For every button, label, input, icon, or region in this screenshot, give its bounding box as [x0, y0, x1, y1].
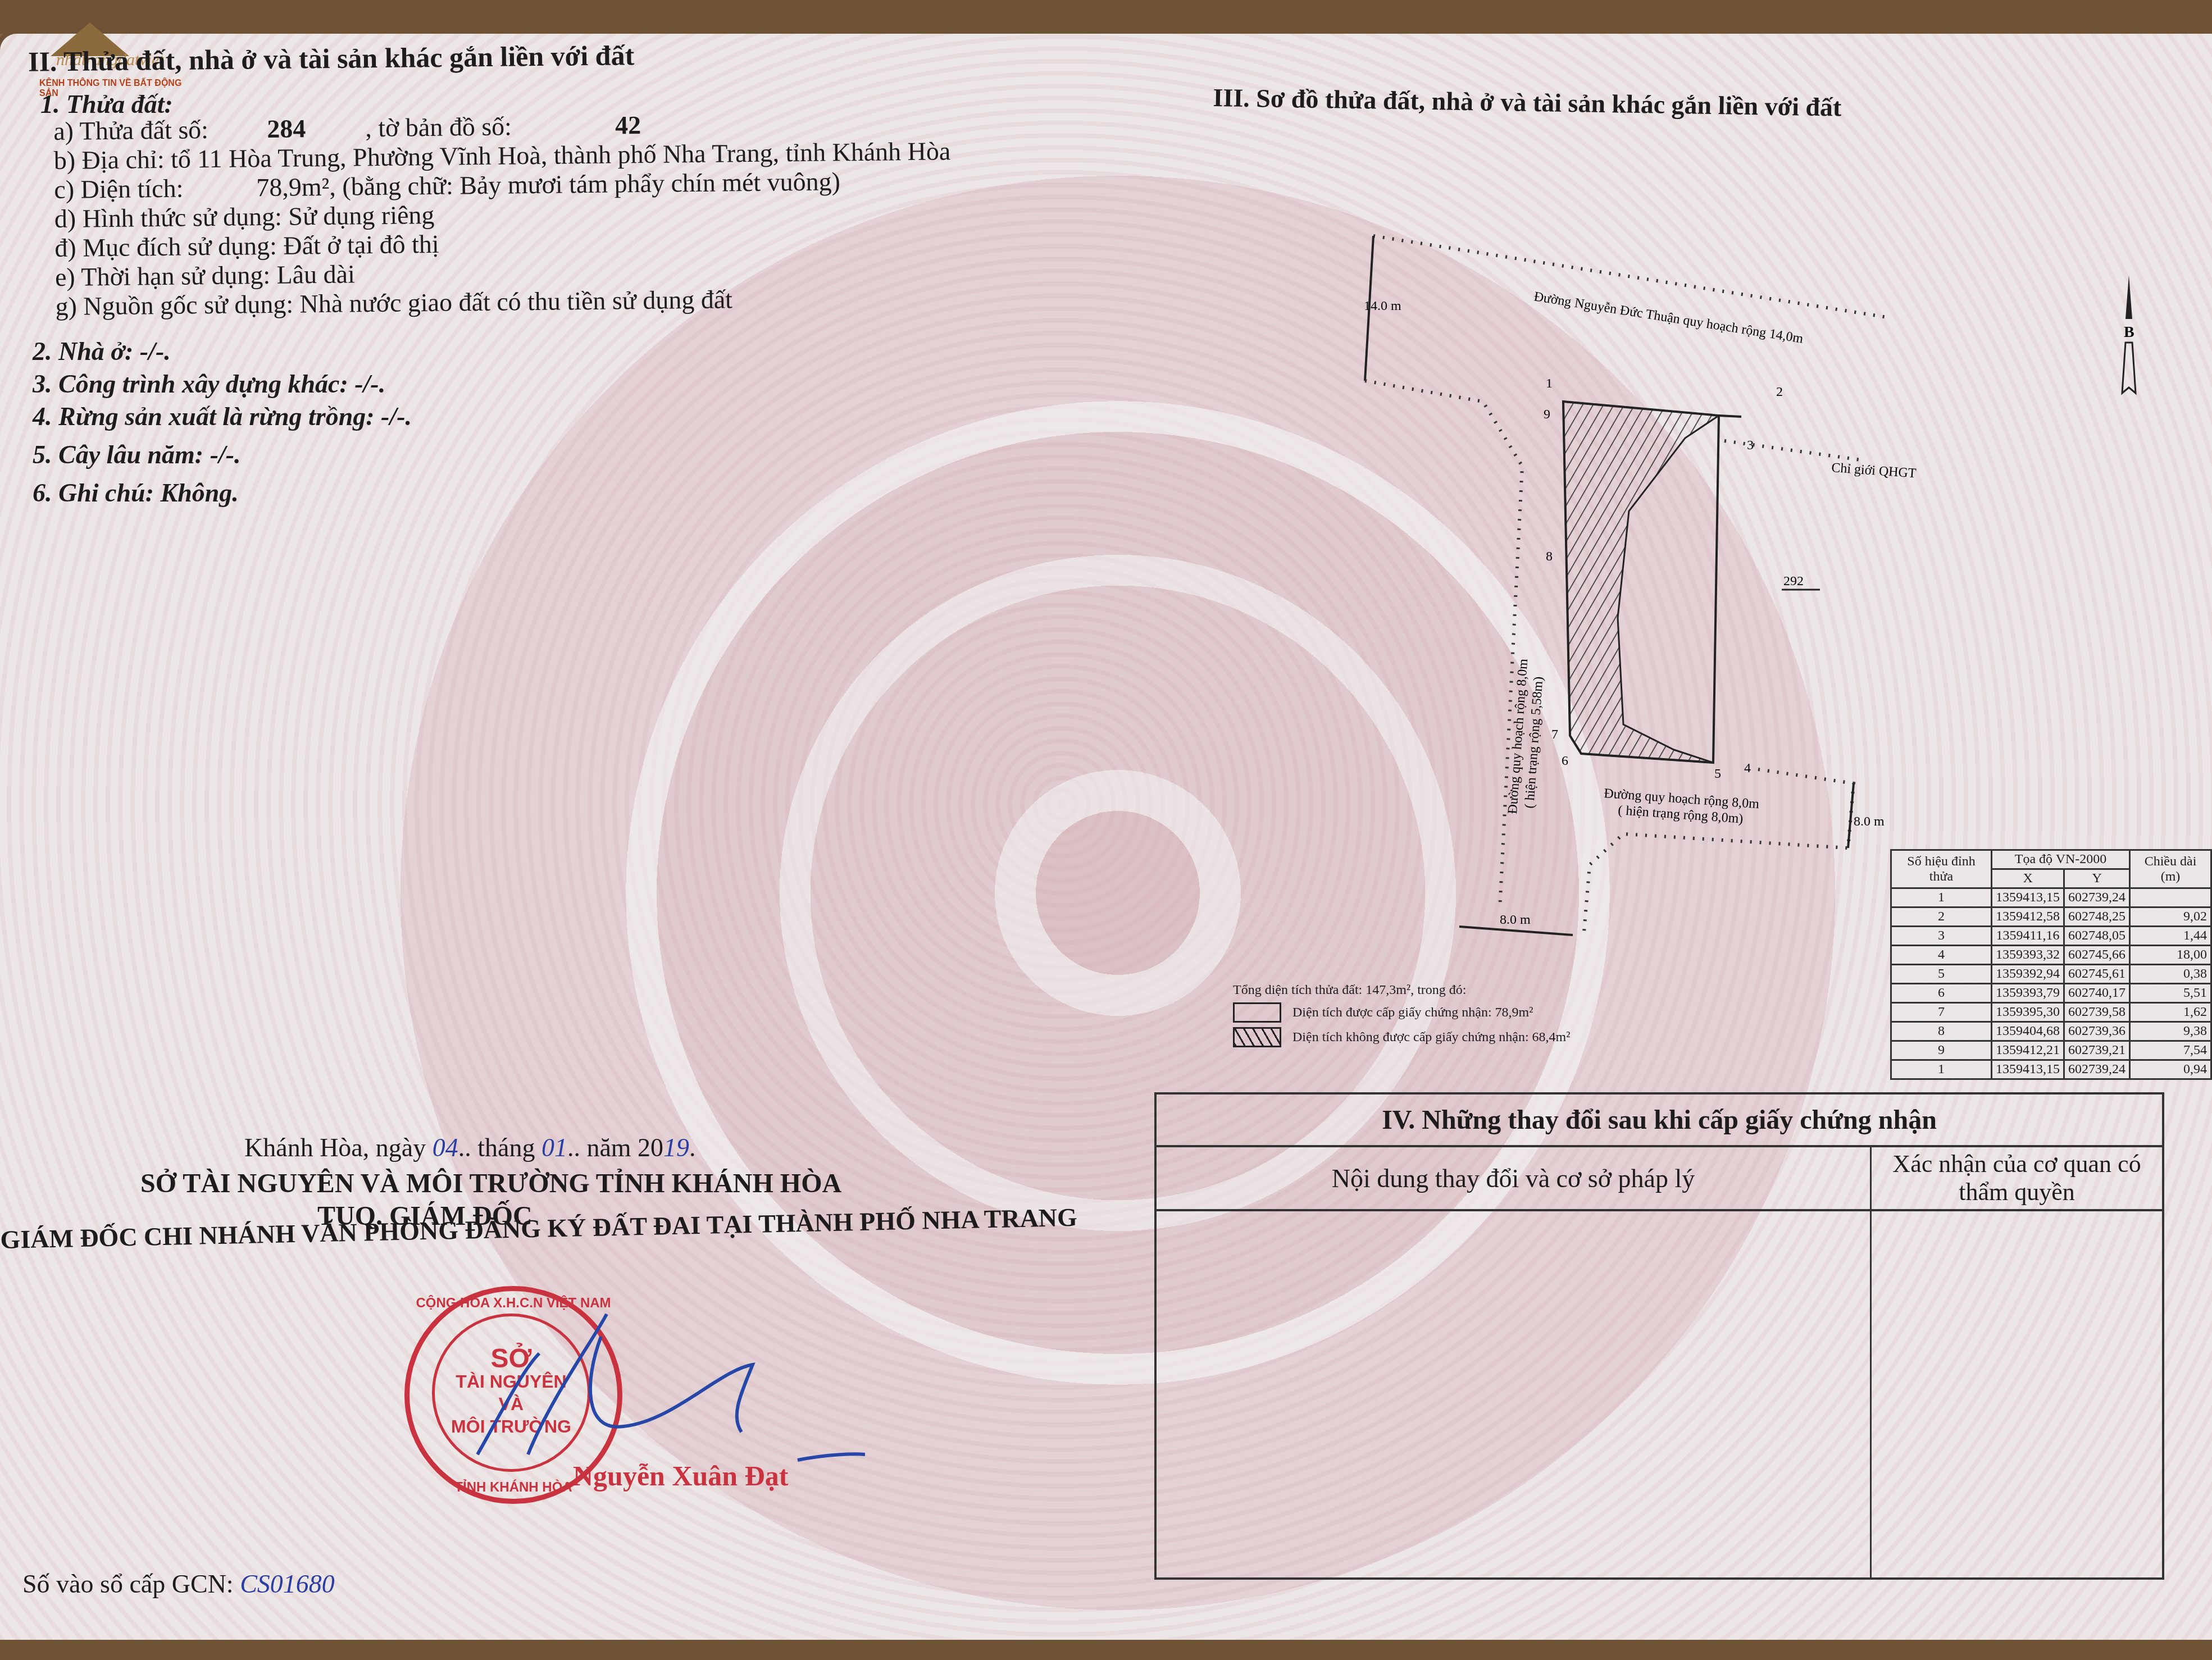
header-vertex: Số hiệu đỉnh thửa	[1891, 850, 1992, 888]
legend-certified: Diện tích được cấp giấy chứng nhận: 78,9…	[1292, 1005, 1533, 1020]
table-row: 71359395,30602739,581,62	[1891, 1003, 2211, 1022]
cell-x: 1359413,15	[1992, 888, 2064, 907]
issue-month: 01	[541, 1133, 567, 1162]
cell-id: 1	[1891, 1060, 1992, 1079]
parcel-number-label: a) Thửa đất số:	[53, 115, 208, 145]
gcn-register: Số vào sổ cấp GCN: CS01680	[22, 1570, 335, 1599]
vertex-8: 8	[1546, 549, 1553, 564]
cell-x: 1359392,94	[1992, 965, 2064, 984]
vertex-5: 5	[1714, 767, 1721, 781]
table-row: 11359413,15602739,24	[1891, 888, 2211, 907]
vertex-7: 7	[1551, 727, 1558, 742]
cell-x: 1359412,58	[1992, 907, 2064, 927]
date-prefix: Khánh Hòa, ngày	[244, 1133, 426, 1162]
cell-y: 602739,58	[2064, 1003, 2130, 1022]
north-arrow-icon: B	[2122, 275, 2136, 393]
cell-len: 9,38	[2130, 1022, 2211, 1041]
cell-y: 602748,25	[2064, 907, 2130, 927]
land-parcel-heading: 1. Thửa đất:	[40, 90, 173, 119]
table-row: 91359412,21602739,217,54	[1891, 1041, 2211, 1060]
top-road-label: Đường Nguyễn Đức Thuận quy hoạch rộng 14…	[1533, 289, 1804, 346]
cell-id: 3	[1891, 927, 1992, 946]
header-length: Chiều dài (m)	[2130, 850, 2211, 888]
cell-len: 7,54	[2130, 1041, 2211, 1060]
coordinate-table: Số hiệu đỉnh thửa Tọa độ VN-2000 Chiều d…	[1890, 849, 2212, 1080]
parcel-number: 284	[267, 114, 306, 144]
vertex-3: 3	[1747, 438, 1754, 453]
cell-y: 602748,05	[2064, 927, 2130, 946]
table-row: 21359412,58602748,259,02	[1891, 907, 2211, 927]
map-sheet-number: 42	[615, 111, 641, 140]
changes-content-header: Nội dung thay đổi và cơ sở pháp lý	[1157, 1147, 1872, 1209]
cell-id: 8	[1891, 1022, 1992, 1041]
cell-x: 1359393,79	[1992, 984, 2064, 1003]
cell-len: 0,94	[2130, 1060, 2211, 1079]
cell-x: 1359404,68	[1992, 1022, 2064, 1041]
section4-title: IV. Những thay đổi sau khi cấp giấy chứn…	[1157, 1094, 2162, 1147]
table-row: 11359413,15602739,240,94	[1891, 1060, 2211, 1079]
area-label: c) Diện tích:	[54, 174, 183, 204]
table-row: 41359393,32602745,6618,00	[1891, 946, 2211, 965]
cell-len: 1,62	[2130, 1003, 2211, 1022]
house-item: 2. Nhà ở: -/-.	[33, 337, 412, 370]
cell-x: 1359413,15	[1992, 1060, 2064, 1079]
cell-id: 2	[1891, 907, 1992, 927]
other-construction-item: 3. Công trình xây dựng khác: -/-.	[33, 370, 412, 402]
other-assets: 2. Nhà ở: -/-. 3. Công trình xây dựng kh…	[33, 337, 412, 508]
top-road-width: 14.0 m	[1364, 299, 1401, 313]
table-row: 81359404,68602739,369,38	[1891, 1022, 2211, 1041]
cell-y: 602739,36	[2064, 1022, 2130, 1041]
bottom-road-width: 8.0 m	[1854, 814, 1885, 829]
vertex-1: 1	[1546, 376, 1553, 391]
header-coordinates: Tọa độ VN-2000	[1992, 850, 2130, 869]
table-row: 51359392,94602745,610,38	[1891, 965, 2211, 984]
authority-confirmation-header: Xác nhận của cơ quan có thẩm quyền	[1872, 1147, 2162, 1209]
parcel-details: a) Thửa đất số: 284 , tờ bản đồ số: 42 b…	[53, 107, 952, 321]
cell-len: 9,02	[2130, 907, 2211, 927]
cell-len	[2130, 888, 2211, 907]
cell-len: 0,38	[2130, 965, 2211, 984]
certified-area-swatch	[1233, 1002, 1281, 1023]
diagram-legend: Tổng diện tích thửa đất: 147,3m², trong …	[1233, 983, 1570, 1047]
left-road-width: 8.0 m	[1500, 913, 1531, 927]
cell-id: 5	[1891, 965, 1992, 984]
boundary-label: Chỉ giới QHGT	[1831, 460, 1917, 481]
gcn-number: CS01680	[240, 1570, 335, 1598]
cell-len: 5,51	[2130, 984, 2211, 1003]
cell-id: 9	[1891, 1041, 1992, 1060]
cell-len: 18,00	[2130, 946, 2211, 965]
cell-x: 1359395,30	[1992, 1003, 2064, 1022]
section2-title: II. Thửa đất, nhà ở và tài sản khác gắn …	[28, 40, 635, 76]
neighbor-parcel: 292	[1783, 574, 1804, 589]
area-value: 78,9m², (bằng chữ: Bảy mươi tám phẩy chí…	[256, 167, 840, 202]
notes-item: 6. Ghi chú: Không.	[33, 478, 412, 508]
handwritten-signature	[438, 1303, 865, 1471]
month-label: tháng	[477, 1133, 535, 1162]
forest-item: 4. Rừng sản xuất là rừng trồng: -/-.	[33, 402, 412, 440]
header-x: X	[1992, 869, 2064, 888]
vertex-2: 2	[1776, 385, 1783, 399]
table-row: 31359411,16602748,051,44	[1891, 927, 2211, 946]
cell-id: 7	[1891, 1003, 1992, 1022]
vertex-4: 4	[1744, 761, 1751, 776]
vertex-6: 6	[1562, 754, 1568, 768]
table-row: 61359393,79602740,175,51	[1891, 984, 2211, 1003]
cell-y: 602740,17	[2064, 984, 2130, 1003]
year-label: năm 20	[586, 1133, 663, 1162]
changes-table: IV. Những thay đổi sau khi cấp giấy chứn…	[1154, 1092, 2164, 1580]
gcn-label: Số vào sổ cấp GCN:	[22, 1570, 234, 1598]
issue-day: 04	[433, 1133, 458, 1162]
legend-total-area: Tổng diện tích thửa đất: 147,3m², trong …	[1233, 983, 1570, 998]
cell-y: 602739,24	[2064, 1060, 2130, 1079]
cell-y: 602745,61	[2064, 965, 2130, 984]
issue-date: Khánh Hòa, ngày 04.. tháng 01.. năm 2019…	[244, 1133, 696, 1162]
cell-x: 1359412,21	[1992, 1041, 2064, 1060]
changes-content-cell	[1157, 1211, 1872, 1580]
cell-id: 6	[1891, 984, 1992, 1003]
cell-len: 1,44	[2130, 927, 2211, 946]
cell-id: 4	[1891, 946, 1992, 965]
vertex-9: 9	[1544, 407, 1550, 422]
perennial-trees-item: 5. Cây lâu năm: -/-.	[33, 440, 412, 478]
uncertified-area-swatch	[1233, 1027, 1281, 1047]
cell-y: 602739,24	[2064, 888, 2130, 907]
issue-year: 19	[663, 1133, 689, 1162]
issuing-org: SỞ TÀI NGUYÊN VÀ MÔI TRƯỜNG TỈNH KHÁNH H…	[140, 1169, 841, 1198]
cell-id: 1	[1891, 888, 1992, 907]
svg-text:B: B	[2124, 323, 2134, 341]
signer-name: Nguyễn Xuân Đạt	[573, 1461, 788, 1490]
cell-y: 602745,66	[2064, 946, 2130, 965]
header-y: Y	[2064, 869, 2130, 888]
map-sheet-label: , tờ bản đồ số:	[365, 112, 512, 143]
cell-y: 602739,21	[2064, 1041, 2130, 1060]
cell-x: 1359393,32	[1992, 946, 2064, 965]
legend-uncertified: Diện tích không được cấp giấy chứng nhận…	[1292, 1030, 1570, 1045]
cell-x: 1359411,16	[1992, 927, 2064, 946]
